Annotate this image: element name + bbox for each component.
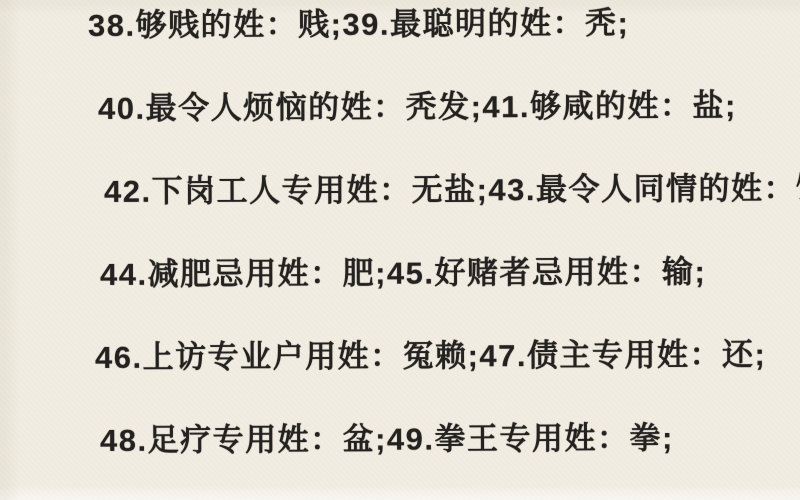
text-line-38-39: 38.够贱的姓：贱;39.最聪明的姓：秃; <box>88 0 800 67</box>
text-line-44-45: 44.减肥忌用姓：肥;45.好赌者忌用姓：输; <box>100 230 800 316</box>
text-line-40-41: 40.最令人烦恼的姓：秃发;41.够咸的姓：盐; <box>98 64 800 150</box>
text-photo: 38.够贱的姓：贱;39.最聪明的姓：秃; 40.最令人烦恼的姓：秃发;41.够… <box>0 0 800 500</box>
text-line-42-43: 42.下岗工人专用姓：无盐;43.最令人同情的姓：饥; <box>104 147 800 233</box>
surname-joke-list: 38.够贱的姓：贱;39.最聪明的姓：秃; 40.最令人烦恼的姓：秃发;41.够… <box>0 0 800 482</box>
text-line-46-47: 46.上访专业户用姓：冤赖;47.债主专用姓：还; <box>95 313 800 399</box>
text-line-48-49: 48.足疗专用姓：盆;49.拳王专用姓：拳; <box>100 396 800 482</box>
